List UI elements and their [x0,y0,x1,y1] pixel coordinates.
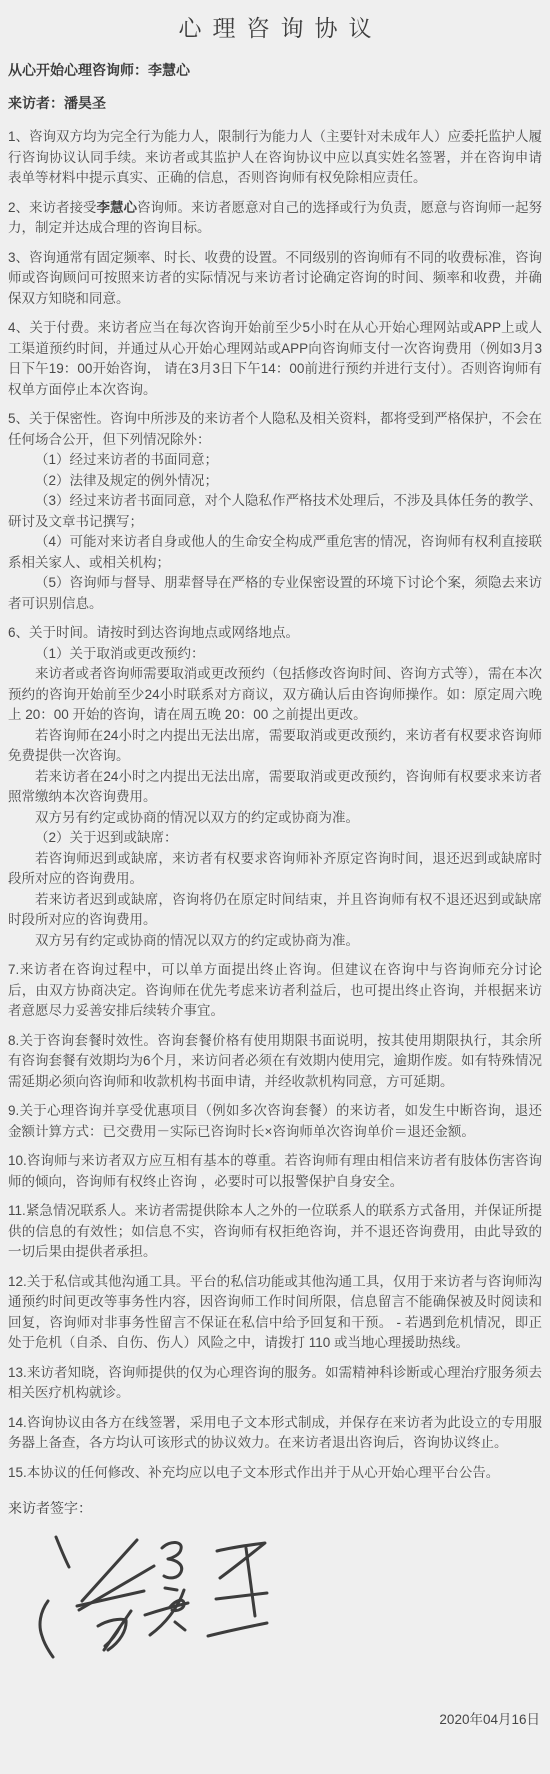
paragraph-text: （1）经过来访者的书面同意； [35,452,218,467]
clause-paragraph: 11.紧急情况联系人。来访者需提供除本人之外的一位联系人的联系方式备用，并保证所… [8,1201,542,1263]
paragraph-text: 3、咨询通常有固定频率、时长、收费的设置。不同级别的咨询师有不同的收费标准，咨询… [8,250,542,306]
clause-paragraph: （2）法律及规定的例外情况； [8,471,542,492]
paragraph-text: 双方另有约定或协商的情况以双方的约定或协商为准。 [35,810,359,825]
visitor-name: 潘昊圣 [64,95,106,111]
clause: 12.关于私信或其他沟通工具。平台的私信功能或其他沟通工具，仅用于来访者与咨询师… [8,1272,542,1354]
agreement-document: 心理咨询协议 从心开始心理咨询师：李慧心 来访者：潘昊圣 1、咨询双方均为完全行… [0,0,550,1728]
paragraph-text: 6、关于时间。请按时到达咨询地点或网络地点。 [8,625,299,640]
paragraph-text: 2、来访者接受 [8,200,97,215]
paragraph-text: 8.关于咨询套餐时效性。咨询套餐价格有使用期限书面说明，按其使用期限执行，其余所… [8,1033,542,1089]
clause: 5、关于保密性。咨询中所涉及的来访者个人隐私及相关资料，都将受到严格保护，不会在… [8,409,542,614]
clause: 8.关于咨询套餐时效性。咨询套餐价格有使用期限书面说明，按其使用期限执行，其余所… [8,1031,542,1093]
clause-paragraph: 若咨询师迟到或缺席，来访者有权要求咨询师补齐原定咨询时间，退还迟到或缺席时段所对… [8,849,542,890]
counselor-label: 从心开始心理咨询师： [8,62,148,78]
clause-paragraph: （4）可能对来访者自身或他人的生命安全构成严重危害的情况，咨询师有权利直接联系相… [8,532,542,573]
paragraph-text: 5、关于保密性。咨询中所涉及的来访者个人隐私及相关资料，都将受到严格保护，不会在… [8,411,542,447]
paragraph-text: 若来访者迟到或缺席，咨询将仍在原定时间结束，并且咨询师有权不退还迟到或缺席时段所… [8,892,542,928]
paragraph-text: （2）法律及规定的例外情况； [35,473,218,488]
clause: 3、咨询通常有固定频率、时长、收费的设置。不同级别的咨询师有不同的收费标准，咨询… [8,248,542,310]
visitor-label: 来访者： [8,95,64,111]
paragraph-text: （4）可能对来访者自身或他人的生命安全构成严重危害的情况，咨询师有权利直接联系相… [8,534,542,570]
clause-paragraph: 10.咨询师与来访者双方应互相有基本的尊重。若咨询师有理由相信来访者有肢体伤害咨… [8,1151,542,1192]
clause-list: 1、咨询双方均为完全行为能力人，限制行为能力人（主要针对未成年人）应委托监护人履… [8,127,542,1483]
clause-paragraph: 4、关于付费。来访者应当在每次咨询开始前至少5小时在从心开始心理网站或APP上或… [8,318,542,400]
clause-paragraph: （1）关于取消或更改预约： [8,644,542,665]
paragraph-text: 9.关于心理咨询并享受优惠项目（例如多次咨询套餐）的来访者，如发生中断咨询，退还… [8,1103,542,1139]
agreement-date: 2020年04月16日 [8,1708,540,1728]
paragraph-text: 若来访者在24小时之内提出无法出席，需要取消或更改预约，咨询师有权要求来访者照常… [8,769,542,805]
clause-paragraph: （1）经过来访者的书面同意； [8,450,542,471]
clause-paragraph: 若来访者迟到或缺席，咨询将仍在原定时间结束，并且咨询师有权不退还迟到或缺席时段所… [8,890,542,931]
paragraph-text: 12.关于私信或其他沟通工具。平台的私信功能或其他沟通工具，仅用于来访者与咨询师… [8,1274,542,1351]
clause-paragraph: （2）关于迟到或缺席： [8,828,542,849]
clause-paragraph: 若来访者在24小时之内提出无法出席，需要取消或更改预约，咨询师有权要求来访者照常… [8,767,542,808]
clause-paragraph: （5）咨询师与督导、朋辈督导在严格的专业保密设置的环境下讨论个案，须隐去来访者可… [8,573,542,614]
clause-paragraph: 15.本协议的任何修改、补充均应以电子文本形式作出并于从心开始心理平台公告。 [8,1463,542,1484]
paragraph-text: （3）经过来访者书面同意，对个人隐私作严格技术处理后，不涉及具体任务的教学、研讨… [8,493,542,529]
clause-paragraph: 14.咨询协议由各方在线签署，采用电子文本形式制成，并保存在来访者为此设立的专用… [8,1413,542,1454]
clause-paragraph: 若咨询师在24小时之内提出无法出席，需要取消或更改预约，来访者有权要求咨询师免费… [8,726,542,767]
clause: 7.来访者在咨询过程中，可以单方面提出终止咨询。但建议在咨询中与咨询师充分讨论后… [8,960,542,1022]
emphasized-text: 李慧心 [97,200,138,215]
clause-paragraph: 6、关于时间。请按时到达咨询地点或网络地点。 [8,623,542,644]
paragraph-text: （2）关于迟到或缺席： [35,830,178,845]
paragraph-text: 双方另有约定或协商的情况以双方的约定或协商为准。 [35,933,359,948]
counselor-line: 从心开始心理咨询师：李慧心 [8,61,542,80]
paragraph-text: 4、关于付费。来访者应当在每次咨询开始前至少5小时在从心开始心理网站或APP上或… [8,320,542,397]
clause: 1、咨询双方均为完全行为能力人，限制行为能力人（主要针对未成年人）应委托监护人履… [8,127,542,189]
paragraph-text: 7.来访者在咨询过程中，可以单方面提出终止咨询。但建议在咨询中与咨询师充分讨论后… [8,962,542,1018]
clause: 6、关于时间。请按时到达咨询地点或网络地点。（1）关于取消或更改预约：来访者或者… [8,623,542,951]
paragraph-text: 11.紧急情况联系人。来访者需提供除本人之外的一位联系人的联系方式备用，并保证所… [8,1203,542,1259]
clause: 14.咨询协议由各方在线签署，采用电子文本形式制成，并保存在来访者为此设立的专用… [8,1413,542,1454]
paragraph-text: 来访者或者咨询师需要取消或更改预约（包括修改咨询时间、咨询方式等），需在本次预约… [8,666,542,722]
clause-paragraph: （3）经过来访者书面同意，对个人隐私作严格技术处理后，不涉及具体任务的教学、研讨… [8,491,542,532]
clause-paragraph: 3、咨询通常有固定频率、时长、收费的设置。不同级别的咨询师有不同的收费标准，咨询… [8,248,542,310]
paragraph-text: 若咨询师迟到或缺席，来访者有权要求咨询师补齐原定咨询时间，退还迟到或缺席时段所对… [8,851,542,887]
paragraph-text: 10.咨询师与来访者双方应互相有基本的尊重。若咨询师有理由相信来访者有肢体伤害咨… [8,1153,542,1189]
clause-paragraph: 双方另有约定或协商的情况以双方的约定或协商为准。 [8,808,542,829]
clause-paragraph: 5、关于保密性。咨询中所涉及的来访者个人隐私及相关资料，都将受到严格保护，不会在… [8,409,542,450]
clause: 4、关于付费。来访者应当在每次咨询开始前至少5小时在从心开始心理网站或APP上或… [8,318,542,400]
clause-paragraph: 2、来访者接受李慧心咨询师。来访者愿意对自己的选择或行为负责，愿意与咨询师一起努… [8,198,542,239]
clause-paragraph: 双方另有约定或协商的情况以双方的约定或协商为准。 [8,931,542,952]
paragraph-text: 14.咨询协议由各方在线签署，采用电子文本形式制成，并保存在来访者为此设立的专用… [8,1415,542,1451]
clause-paragraph: 7.来访者在咨询过程中，可以单方面提出终止咨询。但建议在咨询中与咨询师充分讨论后… [8,960,542,1022]
paragraph-text: 13.来访者知晓，咨询师提供的仅为心理咨询的服务。如需精神科诊断或心理治疗服务须… [8,1365,542,1401]
paragraph-text: 1、咨询双方均为完全行为能力人，限制行为能力人（主要针对未成年人）应委托监护人履… [8,129,542,185]
document-title: 心理咨询协议 [8,10,542,43]
clause: 10.咨询师与来访者双方应互相有基本的尊重。若咨询师有理由相信来访者有肢体伤害咨… [8,1151,542,1192]
visitor-line: 来访者：潘昊圣 [8,94,542,113]
paragraph-text: 若咨询师在24小时之内提出无法出席，需要取消或更改预约，来访者有权要求咨询师免费… [8,728,542,764]
clause-paragraph: 13.来访者知晓，咨询师提供的仅为心理咨询的服务。如需精神科诊断或心理治疗服务须… [8,1363,542,1404]
clause: 9.关于心理咨询并享受优惠项目（例如多次咨询套餐）的来访者，如发生中断咨询，退还… [8,1101,542,1142]
clause-paragraph: 9.关于心理咨询并享受优惠项目（例如多次咨询套餐）的来访者，如发生中断咨询，退还… [8,1101,542,1142]
visitor-signature-handwriting [32,1530,272,1670]
clause-paragraph: 12.关于私信或其他沟通工具。平台的私信功能或其他沟通工具，仅用于来访者与咨询师… [8,1272,542,1354]
clause-paragraph: 8.关于咨询套餐时效性。咨询套餐价格有使用期限书面说明，按其使用期限执行，其余所… [8,1031,542,1093]
clause: 11.紧急情况联系人。来访者需提供除本人之外的一位联系人的联系方式备用，并保证所… [8,1201,542,1263]
clause: 15.本协议的任何修改、补充均应以电子文本形式作出并于从心开始心理平台公告。 [8,1463,542,1484]
clause: 2、来访者接受李慧心咨询师。来访者愿意对自己的选择或行为负责，愿意与咨询师一起努… [8,198,542,239]
signature-label: 来访者签字： [8,1498,542,1518]
counselor-name: 李慧心 [148,62,190,78]
clause: 13.来访者知晓，咨询师提供的仅为心理咨询的服务。如需精神科诊断或心理治疗服务须… [8,1363,542,1404]
paragraph-text: 15.本协议的任何修改、补充均应以电子文本形式作出并于从心开始心理平台公告。 [8,1465,499,1480]
paragraph-text: （5）咨询师与督导、朋辈督导在严格的专业保密设置的环境下讨论个案，须隐去来访者可… [8,575,542,611]
paragraph-text: （1）关于取消或更改预约： [35,646,205,661]
clause-paragraph: 来访者或者咨询师需要取消或更改预约（包括修改咨询时间、咨询方式等），需在本次预约… [8,664,542,726]
clause-paragraph: 1、咨询双方均为完全行为能力人，限制行为能力人（主要针对未成年人）应委托监护人履… [8,127,542,189]
